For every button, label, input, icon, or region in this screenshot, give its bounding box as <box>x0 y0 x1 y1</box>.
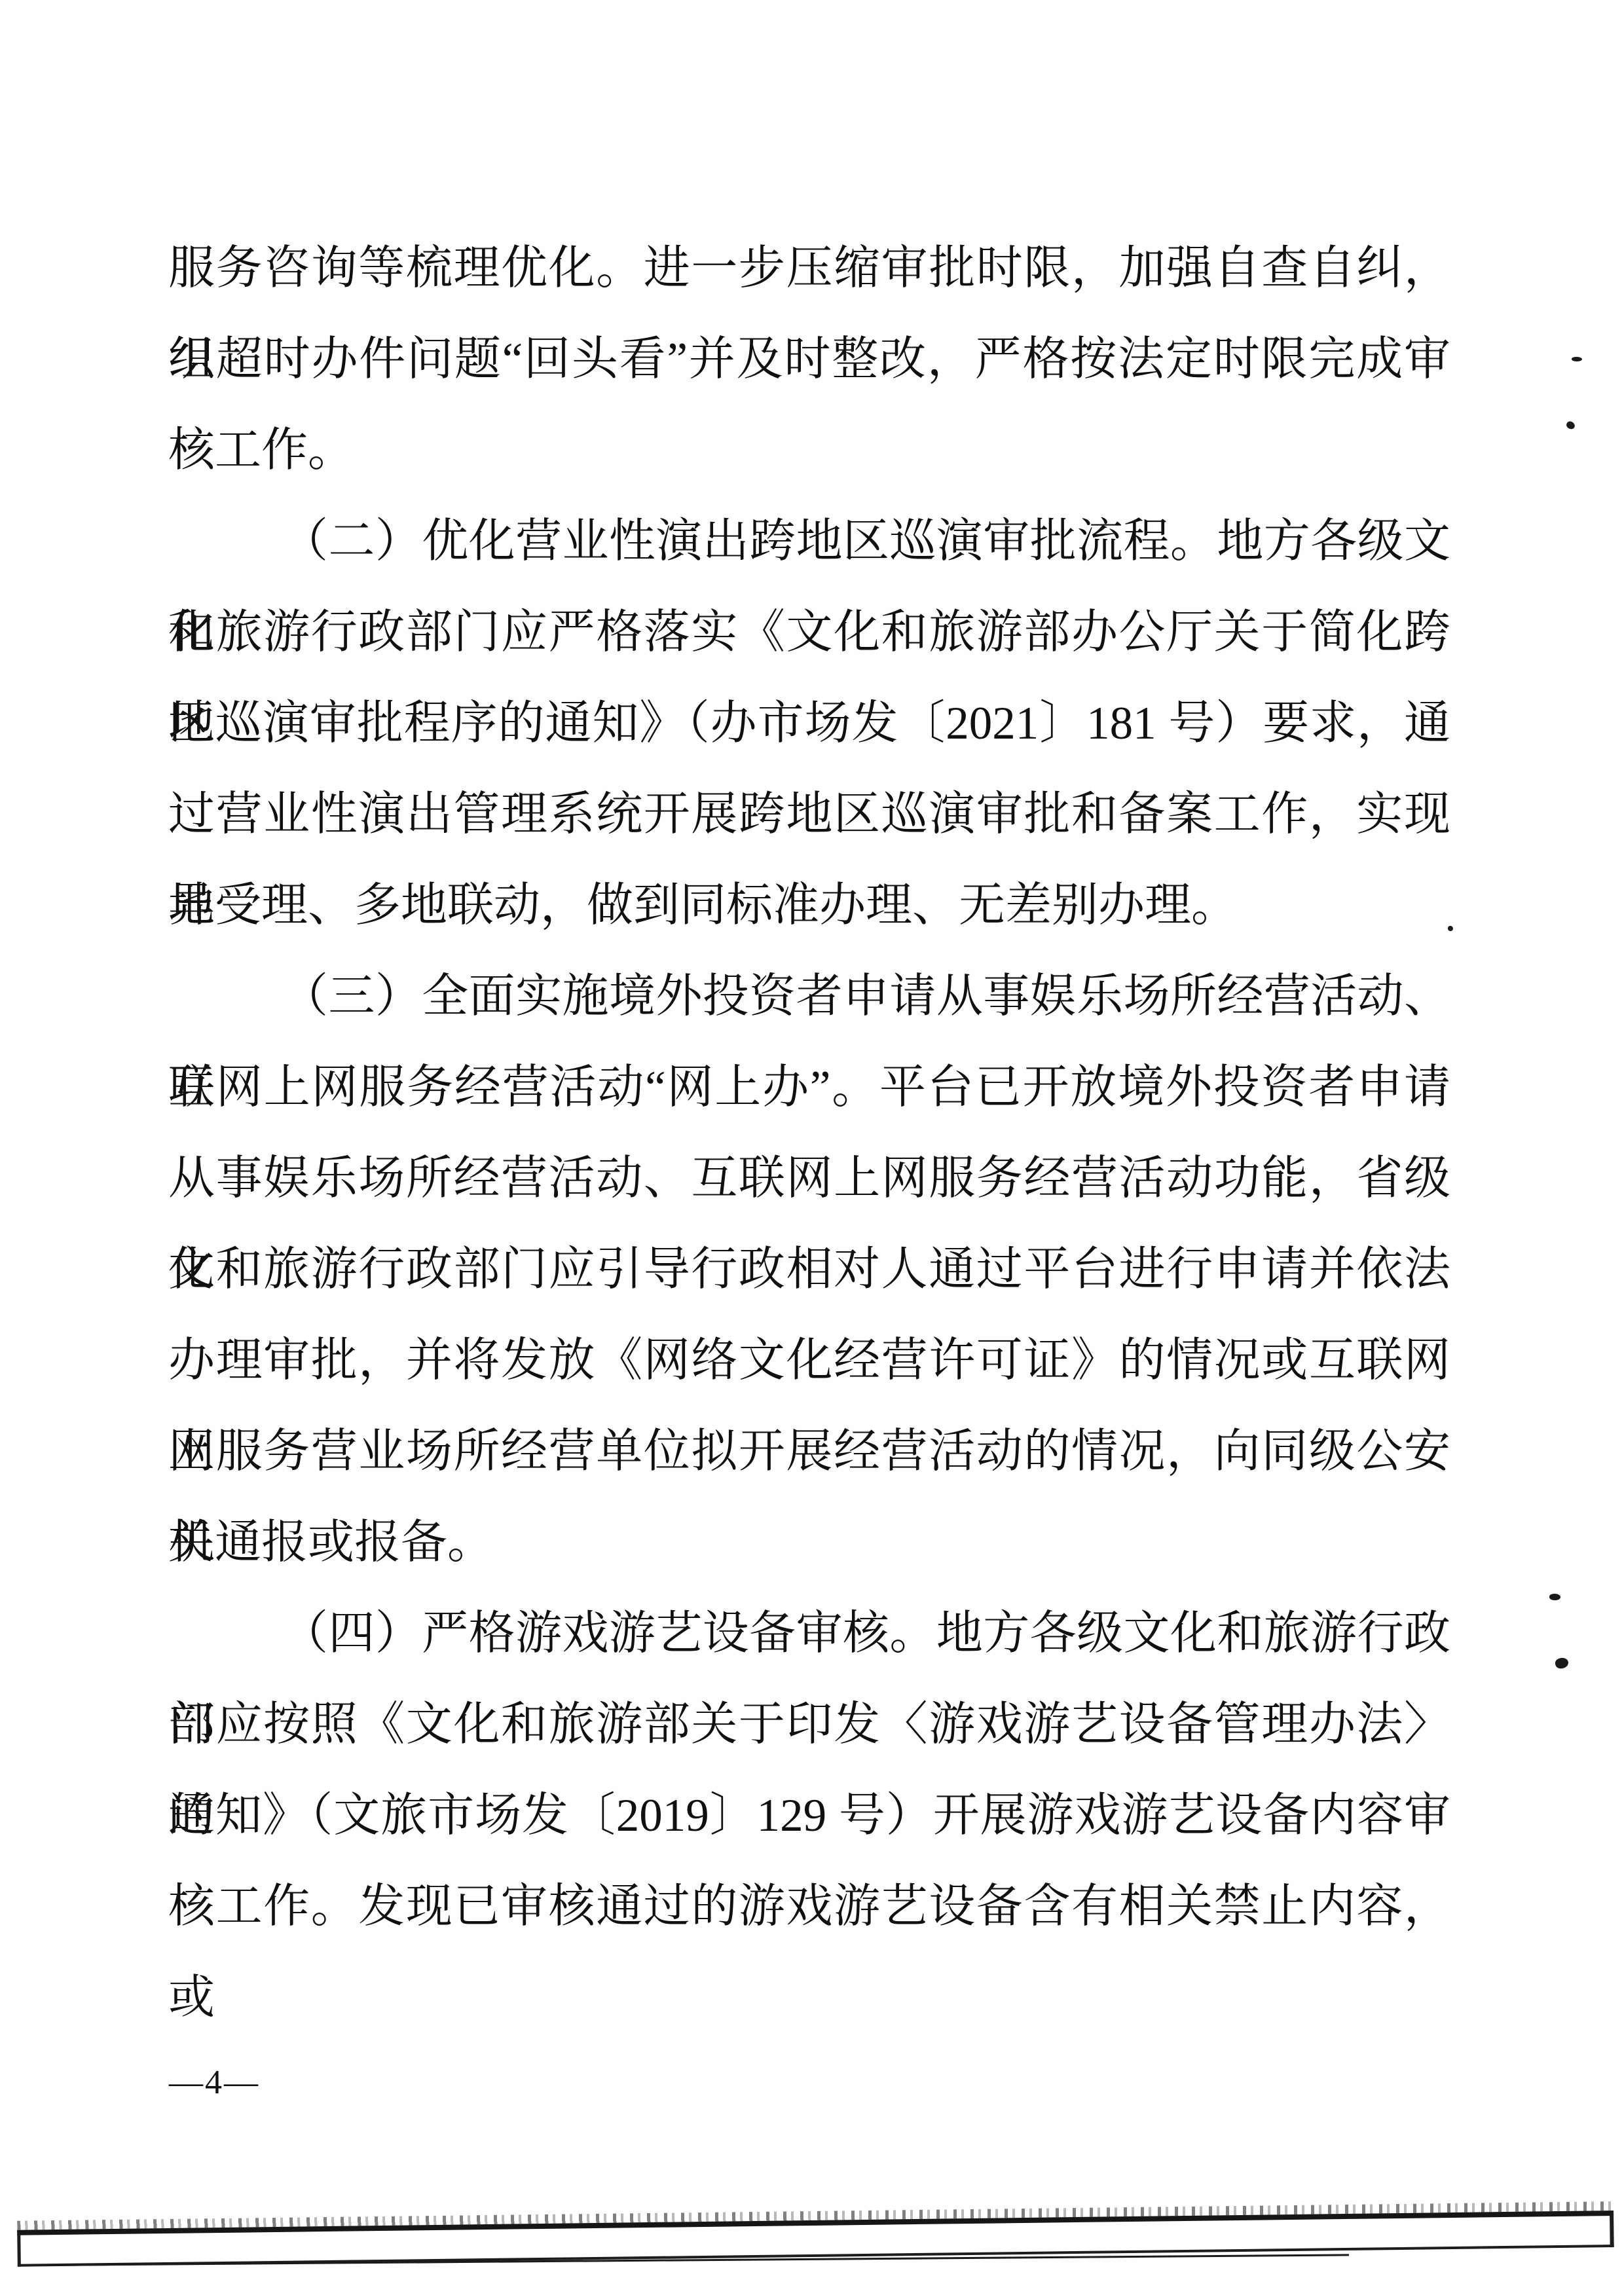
text-line: 关通报或报备。 <box>168 1497 1450 1588</box>
text-line: 从事娱乐场所经营活动、互联网上网服务经营活动功能，省级文 <box>168 1133 1450 1224</box>
text-line: 通知》（文旅市场发〔2019〕129 号）开展游戏游艺设备内容审 <box>168 1771 1450 1862</box>
document-body: 服务咨询等梳理优化。进一步压缩审批时限，加强自查自纠，组 织超时办件问题“回头看… <box>168 223 1450 1953</box>
page-number: —4— <box>169 2063 260 2103</box>
text-line: 区巡演审批程序的通知》（办市场发〔2021〕181 号）要求，通 <box>168 678 1450 769</box>
ink-speckle <box>1572 357 1582 361</box>
text-line: （二）优化营业性演出跨地区巡演审批流程。地方各级文化 <box>168 496 1450 587</box>
text-line: 和旅游行政部门应严格落实《文化和旅游部办公厅关于简化跨地 <box>168 587 1450 678</box>
text-line: 地受理、多地联动，做到同标准办理、无差别办理。 <box>168 860 1450 951</box>
text-line: （四）严格游戏游艺设备审核。地方各级文化和旅游行政部 <box>168 1588 1450 1680</box>
text-line: 门应按照《文化和旅游部关于印发〈游戏游艺设备管理办法〉的 <box>168 1680 1450 1771</box>
ink-speckle <box>1554 1657 1569 1670</box>
text-line: （三）全面实施境外投资者申请从事娱乐场所经营活动、互 <box>168 951 1450 1042</box>
text-line: 办理审批，并将发放《网络文化经营许可证》的情况或互联网上 <box>168 1315 1450 1406</box>
text-line: 核工作。 <box>168 405 1450 496</box>
ink-speckle <box>1565 420 1576 430</box>
ink-speckle <box>1448 926 1453 931</box>
text-line: 化和旅游行政部门应引导行政相对人通过平台进行申请并依法 <box>168 1224 1450 1315</box>
text-line: 网服务营业场所经营单位拟开展经营活动的情况，向同级公安机 <box>168 1406 1450 1497</box>
text-line: 过营业性演出管理系统开展跨地区巡演审批和备案工作，实现异 <box>168 769 1450 860</box>
text-line: 织超时办件问题“回头看”并及时整改，严格按法定时限完成审 <box>168 314 1450 405</box>
text-line: 核工作。发现已审核通过的游戏游艺设备含有相关禁止内容，或 <box>168 1862 1450 1953</box>
document-page: 服务咨询等梳理优化。进一步压缩审批时限，加强自查自纠，组 织超时办件问题“回头看… <box>0 0 1624 2295</box>
text-line: 联网上网服务经营活动“网上办”。平台已开放境外投资者申请 <box>168 1042 1450 1133</box>
text-line: 服务咨询等梳理优化。进一步压缩审批时限，加强自查自纠，组 <box>168 223 1450 314</box>
ink-speckle <box>1549 1594 1560 1600</box>
